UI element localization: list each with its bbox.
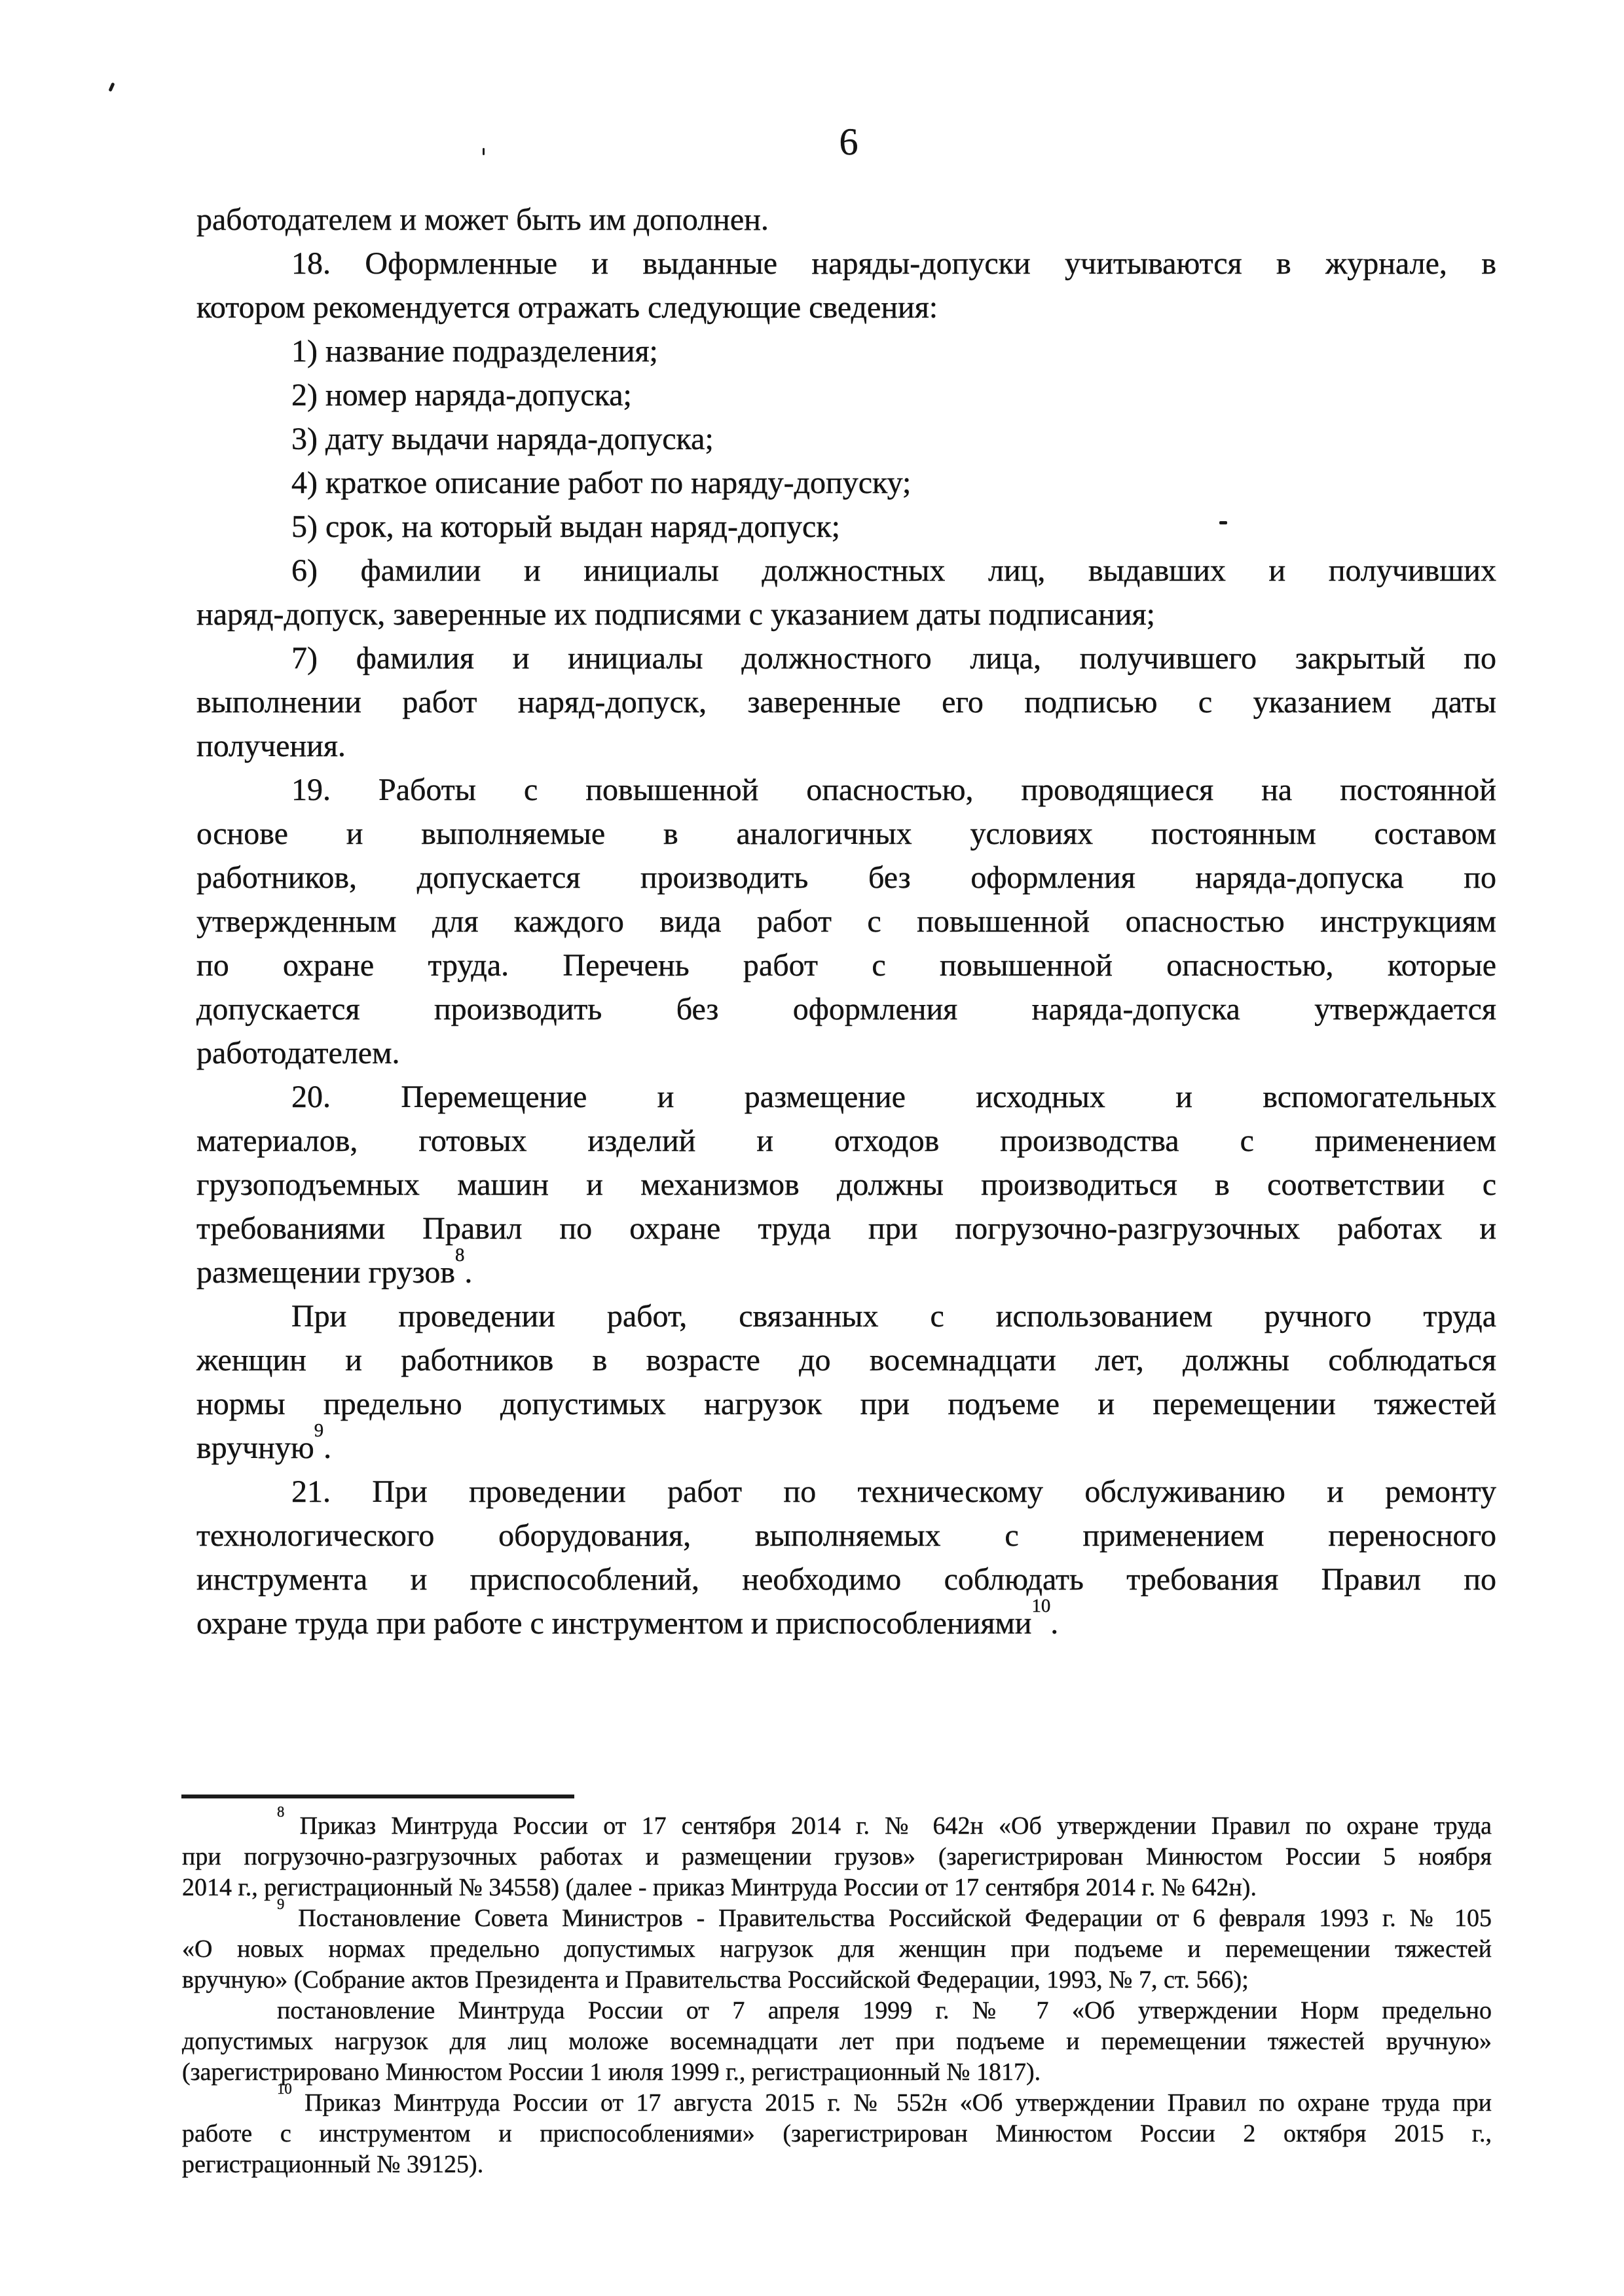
text-segment: Приказ Минтруда России от 17 сентября 20… [284,1812,1492,1840]
body-line: охране труда при работе с инструментом и… [196,1601,1496,1645]
text-segment: 18. Оформленные и выданные наряды-допуск… [291,246,1496,281]
footnotes: 8 Приказ Минтруда России от 17 сентября … [182,1811,1492,2180]
body-line: 18. Оформленные и выданные наряды-допуск… [196,242,1496,285]
footnote-reference: 8 [455,1245,464,1266]
text-segment: Постановление Совета Министров - Правите… [284,1904,1492,1932]
text-segment: размещении грузов [196,1255,455,1290]
footnote-reference: 10 [1032,1595,1051,1616]
text-segment: получения. [196,729,346,763]
text-segment: нормы предельно допустимых нагрузок при … [196,1387,1496,1421]
footnote-separator [181,1795,574,1798]
scan-artifact [108,82,115,92]
text-segment: 21. При проведении работ по техническому… [291,1474,1496,1509]
text-segment: работодателем и может быть им дополнен. [196,202,769,237]
text-segment: грузоподъемных машин и механизмов должны… [196,1167,1496,1202]
footnote-line: 2014 г., регистрационный № 34558) (далее… [182,1872,1492,1903]
footnote-line: «О новых нормах предельно допустимых наг… [182,1934,1492,1965]
text-segment: работодателем. [196,1036,399,1070]
document-body: работодателем и может быть им дополнен.1… [196,198,1496,1645]
body-line: выполнении работ наряд-допуск, заверенны… [196,680,1496,724]
text-segment: Приказ Минтруда России от 17 августа 201… [292,2089,1492,2117]
body-line: 5) срок, на который выдан наряд-допуск; [196,505,1496,549]
text-segment: 19. Работы с повышенной опасностью, пров… [291,773,1496,807]
text-segment: утвержденным для каждого вида работ с по… [196,904,1496,939]
text-segment: по охране труда. Перечень работ с повыше… [196,948,1496,983]
body-line: работодателем и может быть им дополнен. [196,198,1496,242]
text-segment: при погрузочно-разгрузочных работах и ра… [182,1843,1492,1870]
footnote-line: 9 Постановление Совета Министров - Прави… [182,1903,1492,1934]
body-line: работодателем. [196,1031,1496,1075]
document-page: 6 работодателем и может быть им дополнен… [0,0,1624,2296]
body-line: требованиями Правил по охране труда при … [196,1207,1496,1250]
text-segment: (зарегистрировано Минюстом России 1 июля… [182,2058,1041,2086]
text-segment: При проведении работ, связанных с исполь… [291,1299,1496,1334]
body-line: допускается производить без оформления н… [196,987,1496,1031]
text-segment: регистрационный № 39125). [182,2151,483,2178]
footnote-line: (зарегистрировано Минюстом России 1 июля… [182,2057,1492,2088]
body-line: 4) краткое описание работ по наряду-допу… [196,461,1496,505]
text-segment: женщин и работников в возрасте до восемн… [196,1343,1496,1377]
body-line: 3) дату выдачи наряда-допуска; [196,417,1496,461]
text-segment: допускается производить без оформления н… [196,992,1496,1027]
text-segment: котором рекомендуется отражать следующие… [196,290,938,325]
body-line: грузоподъемных машин и механизмов должны… [196,1163,1496,1207]
text-segment: 4) краткое описание работ по наряду-допу… [291,465,911,500]
body-line: размещении грузов8. [196,1250,1496,1294]
body-line: 2) номер наряда-допуска; [196,373,1496,417]
body-line: технологического оборудования, выполняем… [196,1514,1496,1558]
body-line: инструмента и приспособлений, необходимо… [196,1558,1496,1601]
footnote-reference: 9 [314,1420,323,1441]
footnote-line: работе с инструментом и приспособлениями… [182,2119,1492,2149]
body-line: материалов, готовых изделий и отходов пр… [196,1119,1496,1163]
text-segment: . [1050,1606,1058,1641]
text-segment: 20. Перемещение и размещение исходных и … [291,1080,1496,1114]
text-segment: требованиями Правил по охране труда при … [196,1211,1496,1246]
text-segment: охране труда при работе с инструментом и… [196,1606,1032,1641]
footnote-reference: 9 [277,1896,284,1912]
text-segment: работников, допускается производить без … [196,860,1496,895]
text-segment: «О новых нормах предельно допустимых наг… [182,1935,1492,1963]
text-segment: 7) фамилия и инициалы должностного лица,… [291,641,1496,676]
body-line: работников, допускается производить без … [196,856,1496,900]
text-segment: инструмента и приспособлений, необходимо… [196,1562,1496,1597]
text-segment: 3) дату выдачи наряда-допуска; [291,422,714,456]
text-segment: вручную [196,1430,314,1465]
footnote-reference: 8 [277,1804,284,1820]
body-line: 21. При проведении работ по техническому… [196,1470,1496,1514]
text-segment: выполнении работ наряд-допуск, заверенны… [196,685,1496,720]
text-segment: вручную» (Собрание актов Президента и Пр… [182,1966,1249,1994]
footnote-line: 10 Приказ Минтруда России от 17 августа … [182,2088,1492,2119]
footnote-line: допустимых нагрузок для лиц моложе восем… [182,2026,1492,2057]
body-line: вручную9. [196,1426,1496,1470]
footnote-line: вручную» (Собрание актов Президента и Пр… [182,1965,1492,1995]
body-line: основе и выполняемые в аналогичных услов… [196,812,1496,856]
scan-artifact [483,148,485,155]
text-segment: . [464,1255,472,1290]
body-line: утвержденным для каждого вида работ с по… [196,900,1496,943]
body-line: 6) фамилии и инициалы должностных лиц, в… [196,549,1496,592]
page-number: 6 [816,123,881,161]
body-line: 19. Работы с повышенной опасностью, пров… [196,768,1496,812]
text-segment: 2014 г., регистрационный № 34558) (далее… [182,1874,1257,1901]
body-line: 7) фамилия и инициалы должностного лица,… [196,636,1496,680]
text-segment: технологического оборудования, выполняем… [196,1518,1496,1553]
body-line: 20. Перемещение и размещение исходных и … [196,1075,1496,1119]
text-segment: допустимых нагрузок для лиц моложе восем… [182,2028,1492,2055]
text-segment: работе с инструментом и приспособлениями… [182,2120,1492,2147]
text-segment: . [323,1430,331,1465]
footnote-line: постановление Минтруда России от 7 апрел… [182,1995,1492,2026]
body-line: При проведении работ, связанных с исполь… [196,1294,1496,1338]
footnote-line: при погрузочно-разгрузочных работах и ра… [182,1842,1492,1872]
footnote-reference: 10 [277,2081,292,2097]
body-line: котором рекомендуется отражать следующие… [196,285,1496,329]
text-segment: основе и выполняемые в аналогичных услов… [196,816,1496,851]
body-line: получения. [196,724,1496,768]
text-segment: 6) фамилии и инициалы должностных лиц, в… [291,553,1496,588]
body-line: женщин и работников в возрасте до восемн… [196,1338,1496,1382]
text-segment: 5) срок, на который выдан наряд-допуск; [291,509,840,544]
footnote-line: регистрационный № 39125). [182,2149,1492,2180]
text-segment: 1) название подразделения; [291,334,658,369]
text-segment: 2) номер наряда-допуска; [291,378,632,412]
text-segment: наряд-допуск, заверенные их подписями с … [196,597,1155,632]
text-segment: постановление Минтруда России от 7 апрел… [277,1997,1492,2024]
text-segment: материалов, готовых изделий и отходов пр… [196,1123,1496,1158]
body-line: 1) название подразделения; [196,329,1496,373]
footnote-line: 8 Приказ Минтруда России от 17 сентября … [182,1811,1492,1842]
body-line: нормы предельно допустимых нагрузок при … [196,1382,1496,1426]
body-line: по охране труда. Перечень работ с повыше… [196,943,1496,987]
body-line: наряд-допуск, заверенные их подписями с … [196,592,1496,636]
